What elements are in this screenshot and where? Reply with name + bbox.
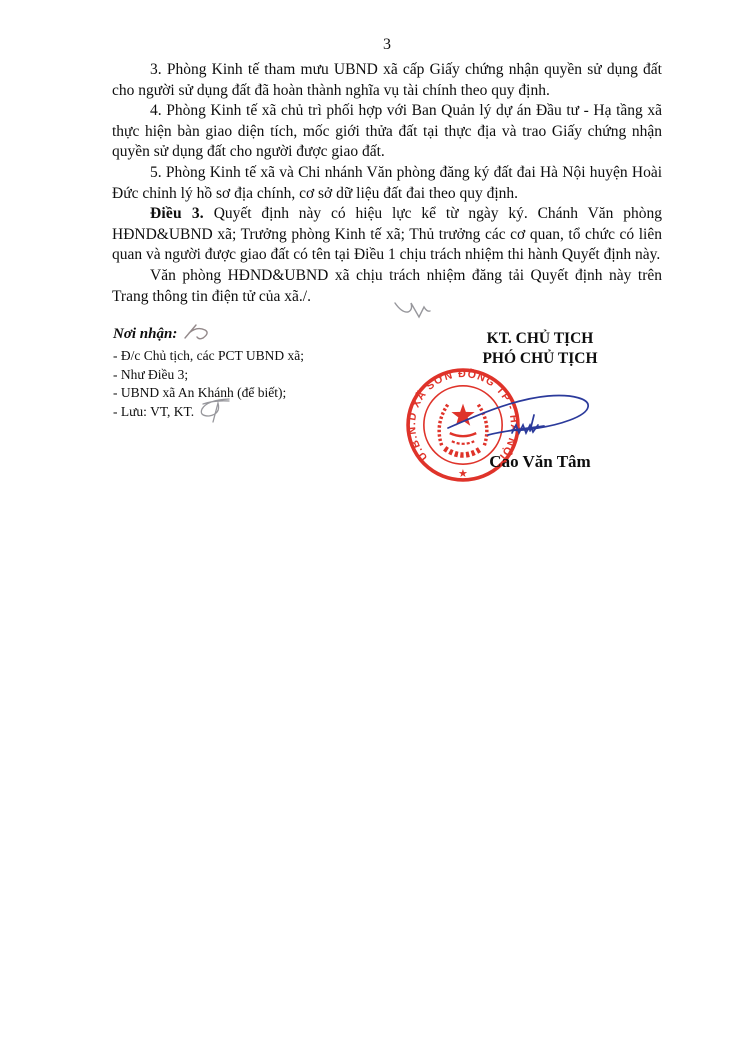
recipient-item: - Như Điều 3; bbox=[113, 366, 413, 385]
paragraph-item-4: 4. Phòng Kinh tế xã chủ trì phối hợp với… bbox=[112, 101, 662, 163]
article-3-label: Điều 3. bbox=[150, 205, 204, 222]
paragraph-item-3: 3. Phòng Kinh tế tham mưu UBND xã cấp Gi… bbox=[112, 60, 662, 101]
paragraph-item-5: 5. Phòng Kinh tế xã và Chi nhánh Văn phò… bbox=[112, 163, 662, 204]
signature-title-line1: KT. CHỦ TỊCH bbox=[430, 329, 650, 349]
signer-name: Cao Văn Tâm bbox=[430, 452, 650, 472]
handwritten-mark-recipients bbox=[182, 322, 216, 342]
handwritten-signature bbox=[438, 383, 608, 445]
recipient-item: - Lưu: VT, KT. bbox=[113, 403, 413, 422]
signature-title-block: KT. CHỦ TỊCH PHÓ CHỦ TỊCH bbox=[430, 329, 650, 369]
recipient-item: - Đ/c Chủ tịch, các PCT UBND xã; bbox=[113, 347, 413, 366]
document-content: 3 3. Phòng Kinh tế tham mưu UBND xã cấp … bbox=[0, 0, 740, 307]
recipients-block: Nơi nhận: - Đ/c Chủ tịch, các PCT UBND x… bbox=[113, 326, 413, 421]
paragraph-closing: Văn phòng HĐND&UBND xã chịu trách nhiệm … bbox=[112, 266, 662, 307]
handwritten-mark-luu bbox=[197, 394, 233, 424]
document-page: 3 3. Phòng Kinh tế tham mưu UBND xã cấp … bbox=[0, 0, 740, 1047]
paragraph-article-3: Điều 3. Quyết định này có hiệu lực kể từ… bbox=[112, 204, 662, 266]
recipients-label: Nơi nhận: bbox=[113, 326, 413, 343]
page-number: 3 bbox=[112, 36, 662, 54]
recipient-item: - UBND xã An Khánh (để biết); bbox=[113, 384, 413, 403]
handwritten-mark-closing bbox=[392, 297, 432, 321]
